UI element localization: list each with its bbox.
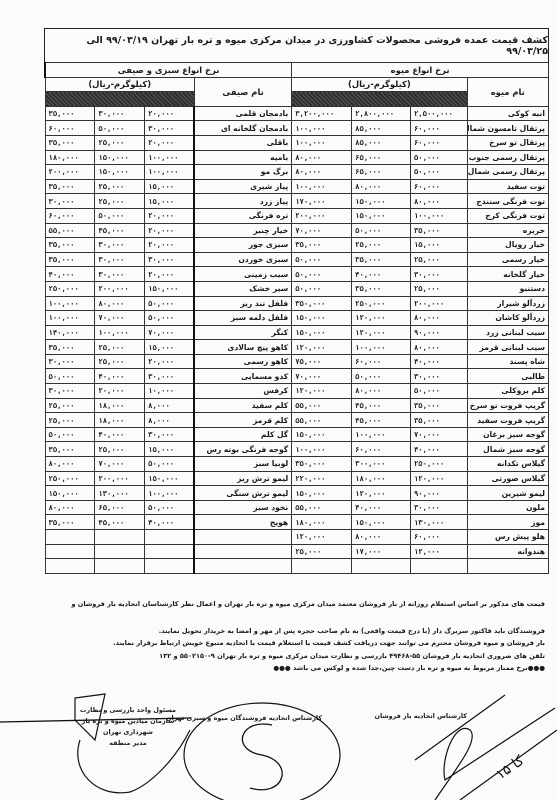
- veg-price-mid: ۲۵,۰۰۰: [95, 194, 145, 209]
- veg-price-min: [145, 559, 195, 574]
- fruit-price-min: ۶۰,۰۰۰: [410, 530, 467, 545]
- veg-price-min: ۸,۰۰۰: [145, 413, 195, 428]
- fruit-price-mid: ۸۵,۰۰۰: [352, 135, 411, 150]
- fruit-price-mid: ۱۲۰,۰۰۰: [352, 325, 411, 340]
- fruit-price-max: ۳۵۰,۰۰۰: [292, 296, 352, 311]
- veg-price-min: ۳۰,۰۰۰: [145, 121, 195, 136]
- veg-name: گوجه فرنگی بوته رس: [194, 442, 291, 457]
- table-row: توت فرنگی سنندج۸۰,۰۰۰۱۵۰,۰۰۰۱۷۰,۰۰۰پیاز …: [45, 194, 549, 209]
- veg-price-mid: ۲۵,۰۰۰: [95, 442, 145, 457]
- veg-price-max: ۲۵۰,۰۰۰: [45, 281, 95, 296]
- fruit-price-mid: ۴۰,۰۰۰: [352, 267, 411, 282]
- veg-price-max: ۳۰,۰۰۰: [45, 194, 95, 209]
- fruit-price-max: ۸۰,۰۰۰: [292, 165, 352, 180]
- veg-name: کنگر: [194, 325, 291, 340]
- fruit-name: هلو پیش رس: [467, 530, 548, 545]
- fruit-price-min: ۲,۵۰۰,۰۰۰: [410, 106, 467, 121]
- table-row: ملون۳۰,۰۰۰۴۰,۰۰۰۵۵,۰۰۰نخود سبز۵۰,۰۰۰۶۵,۰…: [45, 500, 549, 515]
- fruit-price-max: ۷۰,۰۰۰: [292, 369, 352, 384]
- veg-price-max: ۲۵,۰۰۰: [45, 413, 95, 428]
- veg-price-mid: ۴۵,۰۰۰: [95, 223, 145, 238]
- fruit-price-mid: ۱۲۰,۰۰۰: [352, 486, 411, 501]
- fruit-price-max: ۵۰,۰۰۰: [292, 267, 352, 282]
- fruit-price-mid: ۴۵,۰۰۰: [352, 413, 411, 428]
- table-row: گوجه سبز برغان۷۰,۰۰۰۱۰۰,۰۰۰۱۵۰,۰۰۰گل کلم…: [45, 427, 549, 442]
- fruit-price-mid: ۵۰,۰۰۰: [352, 369, 411, 384]
- veg-price-min: ۲۰,۰۰۰: [145, 208, 195, 223]
- table-row: هندوانه۱۲,۰۰۰۱۷,۰۰۰۲۵,۰۰۰: [45, 544, 549, 559]
- veg-price-max: ۳۰,۰۰۰: [45, 354, 95, 369]
- veg-price-max: ۶۰,۰۰۰: [45, 121, 95, 136]
- veg-price-max: ۵۰,۰۰۰: [45, 369, 95, 384]
- veg-name: سیر خشک: [194, 281, 291, 296]
- fruit-price-mid: ۸۰,۰۰۰: [352, 530, 411, 545]
- veg-price-max: ۵۰,۰۰۰: [45, 427, 95, 442]
- veg-price-min: ۵۰,۰۰۰: [145, 457, 195, 472]
- table-row: گیلاس تکدانه۲۵۰,۰۰۰۳۰۰,۰۰۰۳۵۰,۰۰۰لوبیا س…: [45, 457, 549, 472]
- veg-name: بامیه: [194, 150, 291, 165]
- veg-price-max: ۳۵,۰۰۰: [45, 238, 95, 253]
- fruit-price-mid: ۶۵,۰۰۰: [352, 150, 411, 165]
- veg-price-mid: ۲۵,۰۰۰: [95, 135, 145, 150]
- fruit-name: انبه کوکی: [467, 106, 548, 121]
- fruit-price-max: ۲۵,۰۰۰: [292, 544, 352, 559]
- fruit-price-max: ۱۲۰,۰۰۰: [292, 384, 352, 399]
- note-2: فروشندگان باید فاکتور سربرگ دار (با درج …: [25, 625, 545, 638]
- veg-price-min: [145, 530, 195, 545]
- fruit-price-min: ۶۰,۰۰۰: [410, 179, 467, 194]
- veg-name: لوبیا سبز: [194, 457, 291, 472]
- veg-price-mid: [95, 530, 145, 545]
- fruit-name: هندوانه: [467, 544, 548, 559]
- fruit-price-mid: ۳۵,۰۰۰: [352, 252, 411, 267]
- fruit-price-mid: ۲۵,۰۰۰: [352, 238, 411, 253]
- fruit-price-mid: [352, 559, 411, 574]
- veg-price-max: ۳۵,۰۰۰: [45, 442, 95, 457]
- veg-name: کدو مسمایی: [194, 369, 291, 384]
- fruit-name: پرتقال رسمی شمال: [467, 165, 548, 180]
- fruit-price-min: ۲۵,۰۰۰: [410, 252, 467, 267]
- veg-name: فلفل تند ریز: [194, 296, 291, 311]
- veg-redacted-band: [45, 92, 194, 107]
- veg-name: لیمو ترش سنگی: [194, 486, 291, 501]
- veg-price-max: ۲۵۰,۰۰۰: [45, 471, 95, 486]
- veg-name: برگ مو: [194, 165, 291, 180]
- fruit-price-min: ۷۰,۰۰۰: [410, 427, 467, 442]
- fruit-name: سیب لبنانی زرد: [467, 325, 548, 340]
- fruit-price-max: ۵۵,۰۰۰: [292, 500, 352, 515]
- fruit-price-max: ۱۷۰,۰۰۰: [292, 194, 352, 209]
- veg-price-min: ۱۵,۰۰۰: [145, 194, 195, 209]
- fruit-price-min: ۵۰,۰۰۰: [410, 150, 467, 165]
- veg-price-min: ۱۰۰,۰۰۰: [145, 165, 195, 180]
- table-row: زردآلو شیراز۲۰۰,۰۰۰۲۵۰,۰۰۰۳۵۰,۰۰۰فلفل تن…: [45, 296, 549, 311]
- table-row: پرتقال رسمی شمال۵۰,۰۰۰۶۵,۰۰۰۸۰,۰۰۰برگ مو…: [45, 165, 549, 180]
- veg-price-min: ۱۵,۰۰۰: [145, 442, 195, 457]
- veg-price-mid: ۲۵,۰۰۰: [95, 340, 145, 355]
- fruit-price-min: [410, 559, 467, 574]
- veg-price-max: ۳۰,۰۰۰: [45, 384, 95, 399]
- fruit-price-max: ۱۵۰,۰۰۰: [292, 427, 352, 442]
- veg-price-min: ۲۰,۰۰۰: [145, 223, 195, 238]
- veg-price-mid: ۱۸,۰۰۰: [95, 398, 145, 413]
- price-table: نرخ انواع میوه نرخ انواع سبزی و صیفی نام…: [44, 62, 549, 574]
- fruit-name: [467, 559, 548, 574]
- veg-price-min: ۱۰,۰۰۰: [145, 384, 195, 399]
- fruit-price-max: ۵۵,۰۰۰: [292, 413, 352, 428]
- veg-name: سیب زمینی: [194, 267, 291, 282]
- veg-unit-header: (کیلوگرم-ریال): [45, 77, 194, 92]
- fruit-price-min: ۳۵,۰۰۰: [410, 413, 467, 428]
- fruit-price-mid: ۱۵۰,۰۰۰: [352, 194, 411, 209]
- fruit-name: گیلاس تکدانه: [467, 457, 548, 472]
- veg-name: تره فرنگی: [194, 208, 291, 223]
- fruit-price-min: ۳۵,۰۰۰: [410, 223, 467, 238]
- table-row: خیار رسمی۲۵,۰۰۰۳۵,۰۰۰۵۰,۰۰۰سبزی خوردن۳۰,…: [45, 252, 549, 267]
- fruit-price-mid: ۸۰,۰۰۰: [352, 384, 411, 399]
- veg-price-mid: ۱۸,۰۰۰: [95, 413, 145, 428]
- fruit-price-max: ۱۸۰,۰۰۰: [292, 515, 352, 530]
- fruit-price-max: ۸۰,۰۰۰: [292, 150, 352, 165]
- fruit-name: پرتقال رسمی جنوب: [467, 150, 548, 165]
- fruit-price-min: ۲۵۰,۰۰۰: [410, 457, 467, 472]
- fruit-price-min: ۶۰,۰۰۰: [410, 121, 467, 136]
- fruit-name: خربزه: [467, 223, 548, 238]
- table-row: گریپ فروت تو سرخ۳۵,۰۰۰۴۵,۰۰۰۵۵,۰۰۰کلم سف…: [45, 398, 549, 413]
- fruit-price-mid: ۱۵۰,۰۰۰: [352, 515, 411, 530]
- veg-name: سبزی جور: [194, 238, 291, 253]
- table-row: کلم بروکلی۵۰,۰۰۰۸۰,۰۰۰۱۲۰,۰۰۰کرفس۱۰,۰۰۰۲…: [45, 384, 549, 399]
- fruit-price-max: ۱۰۰,۰۰۰: [292, 121, 352, 136]
- table-row: پرتقال رسمی جنوب۵۰,۰۰۰۶۵,۰۰۰۸۰,۰۰۰بامیه۱…: [45, 150, 549, 165]
- veg-price-max: ۵۵,۰۰۰: [45, 223, 95, 238]
- fruit-price-mid: ۱۷,۰۰۰: [352, 544, 411, 559]
- table-row: شاه پسند۴۰,۰۰۰۶۰,۰۰۰۷۵,۰۰۰کاهو رسمی۲۰,۰۰…: [45, 354, 549, 369]
- veg-price-max: ۱۵۰,۰۰۰: [45, 486, 95, 501]
- table-row: سیب لبنانی زرد۹۰,۰۰۰۱۲۰,۰۰۰۱۵۰,۰۰۰کنگر۷۰…: [45, 325, 549, 340]
- veg-name: پیاز زرد: [194, 194, 291, 209]
- fruit-name: پرتقال تو سرخ: [467, 135, 548, 150]
- fruit-price-min: ۵۰,۰۰۰: [410, 384, 467, 399]
- fruit-price-max: ۳۵۰,۰۰۰: [292, 457, 352, 472]
- fruit-name: موز: [467, 515, 548, 530]
- veg-name: بادمجان گلخانه ای: [194, 121, 291, 136]
- veg-name: هویج: [194, 515, 291, 530]
- fruit-price-max: ۳,۲۰۰,۰۰۰: [292, 106, 352, 121]
- veg-price-max: ۳۵,۰۰۰: [45, 106, 95, 121]
- table-row: پرتقال تو سرخ۶۰,۰۰۰۸۵,۰۰۰۱۰۰,۰۰۰باقلی۲۰,…: [45, 135, 549, 150]
- veg-price-max: ۳۵,۰۰۰: [45, 515, 95, 530]
- fruit-price-max: ۲۰۰,۰۰۰: [292, 208, 352, 223]
- fruit-price-min: ۱۲,۰۰۰: [410, 544, 467, 559]
- fruit-price-mid: ۶۰,۰۰۰: [352, 442, 411, 457]
- table-row: [45, 559, 549, 574]
- fruit-name: شاه پسند: [467, 354, 548, 369]
- fruit-name: طالبی: [467, 369, 548, 384]
- fruit-name: گریپ فروت تو سرخ: [467, 398, 548, 413]
- fruit-price-mid: ۱۲۰,۰۰۰: [352, 311, 411, 326]
- veg-price-mid: ۶۵,۰۰۰: [95, 500, 145, 515]
- veg-name: باقلی: [194, 135, 291, 150]
- veg-name: لیمو ترش ریز: [194, 471, 291, 486]
- veg-price-max: ۲۵,۰۰۰: [45, 398, 95, 413]
- veg-price-mid: ۱۰۰,۰۰۰: [95, 325, 145, 340]
- veg-price-min: ۳۰,۰۰۰: [145, 252, 195, 267]
- veg-price-min: ۲۰,۰۰۰: [145, 354, 195, 369]
- veg-name: کلم قرمز: [194, 413, 291, 428]
- fruit-section-heading: نرخ انواع میوه: [292, 63, 549, 78]
- fruit-name-header: نام میوه: [467, 77, 548, 106]
- fruit-name: خیار رسمی: [467, 252, 548, 267]
- veg-price-min: [145, 544, 195, 559]
- note-3: بار فروشان و میوه فروشان محترم می توانند…: [25, 637, 545, 650]
- veg-price-min: ۱۵۰,۰۰۰: [145, 281, 195, 296]
- veg-price-max: [45, 530, 95, 545]
- table-row: موز۱۳۰,۰۰۰۱۵۰,۰۰۰۱۸۰,۰۰۰هویج۴۰,۰۰۰۴۵,۰۰۰…: [45, 515, 549, 530]
- table-row: لیمو شیرین۹۰,۰۰۰۱۲۰,۰۰۰۱۵۰,۰۰۰لیمو ترش س…: [45, 486, 549, 501]
- table-row: انبه کوکی۲,۵۰۰,۰۰۰۲,۸۰۰,۰۰۰۳,۲۰۰,۰۰۰بادم…: [45, 106, 549, 121]
- veg-price-max: ۳۵,۰۰۰: [45, 135, 95, 150]
- price-sheet: کشف قیمت عمده فروشی محصولات کشاورزی در م…: [44, 28, 549, 574]
- fruit-price-min: ۳۰,۰۰۰: [410, 267, 467, 282]
- signature-scribbles: ۱۵ کا: [0, 680, 557, 800]
- veg-price-min: ۱۵۰,۰۰۰: [145, 471, 195, 486]
- svg-text:۱۵ کا: ۱۵ کا: [493, 753, 527, 784]
- fruit-price-mid: ۳۵,۰۰۰: [352, 281, 411, 296]
- veg-price-mid: ۴۰,۰۰۰: [95, 369, 145, 384]
- fruit-price-min: ۲۵,۰۰۰: [410, 281, 467, 296]
- fruit-price-min: ۱۳۰,۰۰۰: [410, 515, 467, 530]
- fruit-price-max: ۵۵,۰۰۰: [292, 398, 352, 413]
- fruit-price-mid: ۱۸۰,۰۰۰: [352, 471, 411, 486]
- table-row: توت سفید۶۰,۰۰۰۸۰,۰۰۰۱۰۰,۰۰۰پیاز شیری۱۵,۰…: [45, 179, 549, 194]
- fruit-unit-header: (کیلوگرم-ریال): [292, 77, 467, 92]
- veg-price-min: ۲۰,۰۰۰: [145, 135, 195, 150]
- fruit-name: زردآلو شیراز: [467, 296, 548, 311]
- fruit-price-max: ۲۲۰,۰۰۰: [292, 471, 352, 486]
- veg-price-min: ۱۰۰,۰۰۰: [145, 150, 195, 165]
- fruit-name: توت فرنگی کرج: [467, 208, 548, 223]
- table-row: گیلاس صورتی۱۲۰,۰۰۰۱۸۰,۰۰۰۲۲۰,۰۰۰لیمو ترش…: [45, 471, 549, 486]
- fruit-name: دستنبو: [467, 281, 548, 296]
- fruit-price-max: ۱۰۰,۰۰۰: [292, 135, 352, 150]
- fruit-price-max: ۱۰۰,۰۰۰: [292, 179, 352, 194]
- veg-price-mid: ۲۰,۰۰۰: [95, 384, 145, 399]
- veg-name: [194, 530, 291, 545]
- fruit-price-mid: ۱۵۰,۰۰۰: [352, 208, 411, 223]
- veg-price-max: ۳۵,۰۰۰: [45, 340, 95, 355]
- fruit-price-min: ۸۰,۰۰۰: [410, 340, 467, 355]
- table-row: گوجه سبز شمال۴۰,۰۰۰۶۰,۰۰۰۱۰۰,۰۰۰گوجه فرن…: [45, 442, 549, 457]
- veg-price-mid: ۷۰,۰۰۰: [95, 457, 145, 472]
- veg-price-min: ۳۰,۰۰۰: [145, 427, 195, 442]
- fruit-price-min: ۹۰,۰۰۰: [410, 325, 467, 340]
- fruit-price-max: [292, 559, 352, 574]
- document-title: کشف قیمت عمده فروشی محصولات کشاورزی در م…: [44, 28, 549, 62]
- fruit-price-mid: ۳۰۰,۰۰۰: [352, 457, 411, 472]
- veg-price-min: ۱۰۰,۰۰۰: [145, 486, 195, 501]
- veg-price-min: ۲۰,۰۰۰: [145, 238, 195, 253]
- veg-price-min: ۵۰,۰۰۰: [145, 500, 195, 515]
- veg-price-max: ۱۰۰,۰۰۰: [45, 311, 95, 326]
- fruit-price-mid: ۵۰,۰۰۰: [352, 223, 411, 238]
- veg-name: کاهو پیچ سالادی: [194, 340, 291, 355]
- fruit-name: گوجه سبز برغان: [467, 427, 548, 442]
- veg-price-min: ۱۵,۰۰۰: [145, 340, 195, 355]
- veg-price-max: ۸۰,۰۰۰: [45, 457, 95, 472]
- veg-price-mid: ۲۰۰,۰۰۰: [95, 471, 145, 486]
- fruit-name: سیب لبنانی قرمز: [467, 340, 548, 355]
- fruit-price-mid: ۶۰,۰۰۰: [352, 354, 411, 369]
- veg-name: خیار چنبر: [194, 223, 291, 238]
- veg-price-mid: ۱۵۰,۰۰۰: [95, 150, 145, 165]
- fruit-price-min: ۴۰,۰۰۰: [410, 354, 467, 369]
- table-row: خربزه۳۵,۰۰۰۵۰,۰۰۰۷۰,۰۰۰خیار چنبر۲۰,۰۰۰۴۵…: [45, 223, 549, 238]
- veg-name: سبزی خوردن: [194, 252, 291, 267]
- veg-price-min: ۸,۰۰۰: [145, 398, 195, 413]
- fruit-price-min: ۱۰۰,۰۰۰: [410, 208, 467, 223]
- veg-name: فلفل دلمه سبز: [194, 311, 291, 326]
- veg-price-min: ۴۰,۰۰۰: [145, 515, 195, 530]
- table-row: گریپ فروت سفید۳۵,۰۰۰۴۵,۰۰۰۵۵,۰۰۰کلم قرمز…: [45, 413, 549, 428]
- fruit-price-mid: ۲,۸۰۰,۰۰۰: [352, 106, 411, 121]
- veg-price-mid: ۸۰,۰۰۰: [95, 296, 145, 311]
- veg-price-min: ۷۰,۰۰۰: [145, 325, 195, 340]
- veg-price-mid: [95, 544, 145, 559]
- veg-price-mid: ۱۳۰,۰۰۰: [95, 486, 145, 501]
- fruit-price-max: ۳۵,۰۰۰: [292, 238, 352, 253]
- veg-price-max: [45, 544, 95, 559]
- veg-name: [194, 559, 291, 574]
- table-row: توت فرنگی کرج۱۰۰,۰۰۰۱۵۰,۰۰۰۲۰۰,۰۰۰تره فر…: [45, 208, 549, 223]
- veg-name: نخود سبز: [194, 500, 291, 515]
- table-row: زردآلو کاشان۸۰,۰۰۰۱۲۰,۰۰۰۱۵۰,۰۰۰فلفل دلم…: [45, 311, 549, 326]
- veg-price-mid: ۷۰,۰۰۰: [95, 311, 145, 326]
- fruit-price-min: ۳۵,۰۰۰: [410, 398, 467, 413]
- veg-price-mid: ۲۵,۰۰۰: [95, 354, 145, 369]
- veg-name: پیاز شیری: [194, 179, 291, 194]
- fruit-redacted-band: [292, 92, 467, 107]
- table-row: خیار رویال۱۵,۰۰۰۲۵,۰۰۰۳۵,۰۰۰سبزی جور۲۰,۰…: [45, 238, 549, 253]
- fruit-price-min: ۹۰,۰۰۰: [410, 486, 467, 501]
- table-row: طالبی۳۰,۰۰۰۵۰,۰۰۰۷۰,۰۰۰کدو مسمایی۳۰,۰۰۰۴…: [45, 369, 549, 384]
- fruit-price-mid: ۴۵,۰۰۰: [352, 398, 411, 413]
- veg-name: کلم سفید: [194, 398, 291, 413]
- fruit-price-max: ۱۲۰,۰۰۰: [292, 530, 352, 545]
- fruit-price-min: ۸۰,۰۰۰: [410, 194, 467, 209]
- veg-name: [194, 544, 291, 559]
- veg-price-mid: ۵۰,۰۰۰: [95, 208, 145, 223]
- fruit-price-max: ۷۰,۰۰۰: [292, 223, 352, 238]
- fruit-name: گوجه سبز شمال: [467, 442, 548, 457]
- veg-price-mid: ۳۰,۰۰۰: [95, 238, 145, 253]
- table-row: دستنبو۲۵,۰۰۰۳۵,۰۰۰۵۰,۰۰۰سیر خشک۱۵۰,۰۰۰۲۰…: [45, 281, 549, 296]
- fruit-price-mid: ۱۰۰,۰۰۰: [352, 340, 411, 355]
- note-4: تلفن های ضروری اتحادیه بار فروشان ۵۵-۴۹۴…: [25, 650, 545, 663]
- fruit-price-max: ۱۵۰,۰۰۰: [292, 486, 352, 501]
- fruit-name: گیلاس صورتی: [467, 471, 548, 486]
- fruit-name: لیمو شیرین: [467, 486, 548, 501]
- veg-price-max: ۱۰۰,۰۰۰: [45, 296, 95, 311]
- veg-price-min: ۵۰,۰۰۰: [145, 296, 195, 311]
- fruit-price-mid: ۸۰,۰۰۰: [352, 179, 411, 194]
- fruit-price-mid: ۶۵,۰۰۰: [352, 165, 411, 180]
- fruit-price-mid: ۲۵۰,۰۰۰: [352, 296, 411, 311]
- veg-price-max: ۳۵,۰۰۰: [45, 252, 95, 267]
- veg-price-mid: ۱۵۰,۰۰۰: [95, 165, 145, 180]
- fruit-name: کلم بروکلی: [467, 384, 548, 399]
- fruit-name: ملون: [467, 500, 548, 515]
- fruit-name: توت فرنگی سنندج: [467, 194, 548, 209]
- fruit-price-min: ۱۵,۰۰۰: [410, 238, 467, 253]
- fruit-price-min: ۴۰,۰۰۰: [410, 442, 467, 457]
- fruit-price-min: ۸۰,۰۰۰: [410, 311, 467, 326]
- veg-price-mid: ۳۰,۰۰۰: [95, 267, 145, 282]
- veg-price-mid: ۲۵,۰۰۰: [95, 179, 145, 194]
- fruit-price-min: ۳۰,۰۰۰: [410, 500, 467, 515]
- veg-price-max: [45, 559, 95, 574]
- veg-price-mid: ۴۰,۰۰۰: [95, 427, 145, 442]
- fruit-price-mid: ۱۰۰,۰۰۰: [352, 427, 411, 442]
- fruit-price-max: ۷۵,۰۰۰: [292, 354, 352, 369]
- table-row: هلو پیش رس۶۰,۰۰۰۸۰,۰۰۰۱۲۰,۰۰۰: [45, 530, 549, 545]
- veg-price-min: ۵۰,۰۰۰: [145, 311, 195, 326]
- table-row: خیار گلخانه۳۰,۰۰۰۴۰,۰۰۰۵۰,۰۰۰سیب زمینی۲۰…: [45, 267, 549, 282]
- fruit-price-min: ۳۰,۰۰۰: [410, 369, 467, 384]
- fruit-name: توت سفید: [467, 179, 548, 194]
- veg-name: کاهو رسمی: [194, 354, 291, 369]
- veg-price-mid: ۲۰۰,۰۰۰: [95, 281, 145, 296]
- fruit-price-min: ۲۰۰,۰۰۰: [410, 296, 467, 311]
- veg-price-max: ۳۵,۰۰۰: [45, 179, 95, 194]
- fruit-price-mid: ۴۰,۰۰۰: [352, 500, 411, 515]
- fruit-name: خیار رویال: [467, 238, 548, 253]
- veg-price-mid: ۳۰,۰۰۰: [95, 252, 145, 267]
- note-5: ●●●نرخ ممتاز مربوط به میوه و تره بار دست…: [25, 662, 545, 675]
- veg-price-min: ۳۰,۰۰۰: [145, 369, 195, 384]
- veg-price-min: ۲۰,۰۰۰: [145, 106, 195, 121]
- veg-price-mid: ۵۰,۰۰۰: [95, 121, 145, 136]
- table-row: پرتقال تامسون شمال۶۰,۰۰۰۸۵,۰۰۰۱۰۰,۰۰۰باد…: [45, 121, 549, 136]
- fruit-price-max: ۵۰,۰۰۰: [292, 252, 352, 267]
- veg-name-header: نام صیفی: [194, 77, 291, 106]
- veg-name: کرفس: [194, 384, 291, 399]
- veg-price-mid: ۳۰,۰۰۰: [95, 106, 145, 121]
- veg-price-max: ۱۸۰,۰۰۰: [45, 150, 95, 165]
- fruit-name: پرتقال تامسون شمال: [467, 121, 548, 136]
- footer-notes: قیمت های مذکور بر اساس استعلام روزانه از…: [25, 598, 545, 675]
- fruit-price-max: ۱۲۰,۰۰۰: [292, 340, 352, 355]
- fruit-price-mid: ۸۵,۰۰۰: [352, 121, 411, 136]
- fruit-name: خیار گلخانه: [467, 267, 548, 282]
- table-row: سیب لبنانی قرمز۸۰,۰۰۰۱۰۰,۰۰۰۱۲۰,۰۰۰کاهو …: [45, 340, 549, 355]
- veg-price-min: ۱۵,۰۰۰: [145, 179, 195, 194]
- fruit-name: زردآلو کاشان: [467, 311, 548, 326]
- fruit-price-min: ۵۰,۰۰۰: [410, 165, 467, 180]
- veg-price-min: ۲۰,۰۰۰: [145, 267, 195, 282]
- fruit-price-max: ۱۰۰,۰۰۰: [292, 442, 352, 457]
- fruit-price-min: ۶۰,۰۰۰: [410, 135, 467, 150]
- fruit-price-min: ۱۲۰,۰۰۰: [410, 471, 467, 486]
- veg-price-max: ۸۰,۰۰۰: [45, 500, 95, 515]
- veg-name: بادمجان قلمی: [194, 106, 291, 121]
- fruit-price-max: ۵۰,۰۰۰: [292, 281, 352, 296]
- fruit-price-max: ۱۵۰,۰۰۰: [292, 325, 352, 340]
- veg-price-mid: [95, 559, 145, 574]
- veg-price-max: ۲۰۰,۰۰۰: [45, 165, 95, 180]
- veg-price-max: ۶۰,۰۰۰: [45, 208, 95, 223]
- veg-section-heading: نرخ انواع سبزی و صیفی: [45, 63, 292, 78]
